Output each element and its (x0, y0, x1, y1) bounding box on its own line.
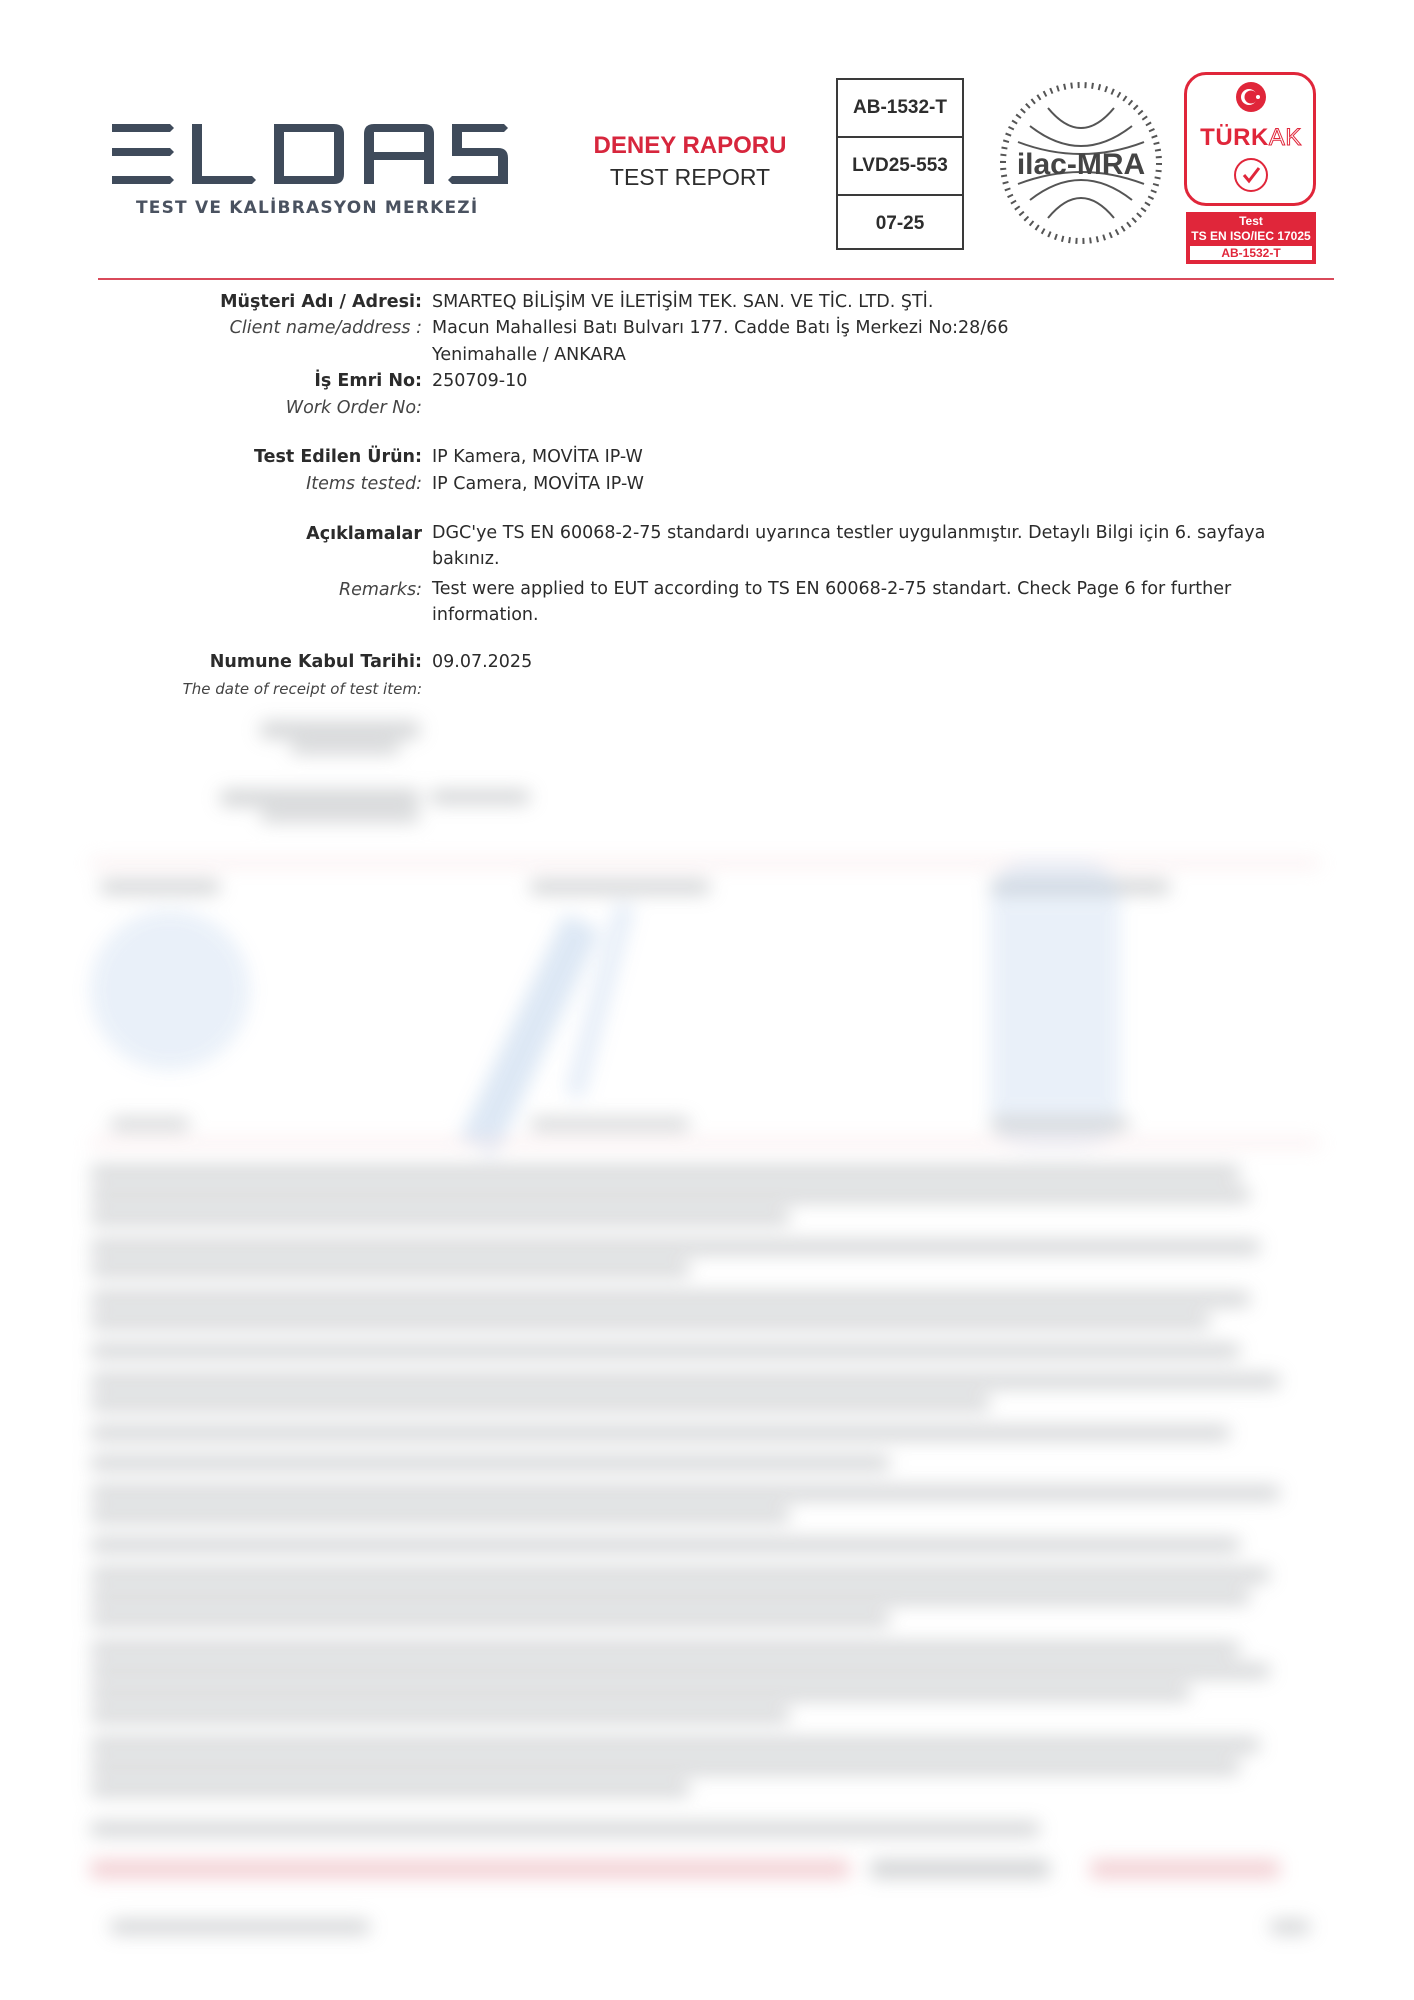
remarks-value-en: Test were applied to EUT according to TS… (432, 576, 1292, 628)
items-tested-label-tr: Test Edilen Ürün: (254, 447, 422, 467)
ilac-mra-logo-icon: ilac-MRA (998, 80, 1164, 246)
report-date-code: 07-25 (838, 196, 962, 252)
remarks-value-tr: DGC'ye TS EN 60068-2-75 standardı uyarın… (432, 520, 1292, 572)
work-order-value: 250709-10 (432, 371, 527, 391)
remarks-label-en: Remarks: (339, 580, 422, 600)
crescent-star-icon (1236, 82, 1266, 112)
report-number: LVD25-553 (838, 138, 962, 196)
accreditation-number: AB-1532-T (838, 80, 962, 138)
client-name: SMARTEQ BİLİŞİM VE İLETİŞİM TEK. SAN. VE… (432, 292, 933, 312)
header-divider (98, 278, 1334, 280)
items-tested-value-tr: IP Kamera, MOVİTA IP-W (432, 447, 643, 467)
redacted-content-area (90, 710, 1340, 1990)
client-address-line1: Macun Mahallesi Batı Bulvarı 177. Cadde … (432, 318, 1008, 338)
work-order-label-en: Work Order No: (286, 398, 422, 418)
client-label-en: Client name/address : (230, 318, 422, 338)
receipt-date-label-tr: Numune Kabul Tarihi: (210, 652, 422, 672)
receipt-date-value: 09.07.2025 (432, 652, 532, 672)
turkak-wordmark: TÜRKAK (1188, 124, 1314, 152)
band-standard: TS EN ISO/IEC 17025 (1186, 229, 1316, 244)
items-tested-value-en: IP Camera, MOVİTA IP-W (432, 474, 644, 494)
band-accreditation-no: AB-1532-T (1189, 245, 1313, 261)
remarks-label-tr: Açıklamalar (306, 524, 422, 544)
checkmark-icon (1234, 158, 1268, 192)
eldas-logo-icon (112, 124, 508, 184)
client-address-line2: Yenimahalle / ANKARA (432, 345, 626, 365)
report-code-box: AB-1532-T LVD25-553 07-25 (836, 78, 964, 250)
receipt-date-label-en: The date of receipt of test item: (183, 680, 422, 698)
svg-text:ilac-MRA: ilac-MRA (1017, 148, 1145, 181)
report-title-en: TEST REPORT (570, 164, 810, 191)
work-order-label-tr: İş Emri No: (314, 371, 422, 391)
turkak-accreditation-band: Test TS EN ISO/IEC 17025 AB-1532-T (1186, 212, 1316, 264)
report-title-tr: DENEY RAPORU (570, 132, 810, 160)
band-type: Test (1186, 212, 1316, 229)
logo-subtitle: TEST VE KALİBRASYON MERKEZİ (136, 198, 478, 218)
client-label-tr: Müşteri Adı / Adresi: (220, 292, 422, 312)
items-tested-label-en: Items tested: (306, 474, 422, 494)
